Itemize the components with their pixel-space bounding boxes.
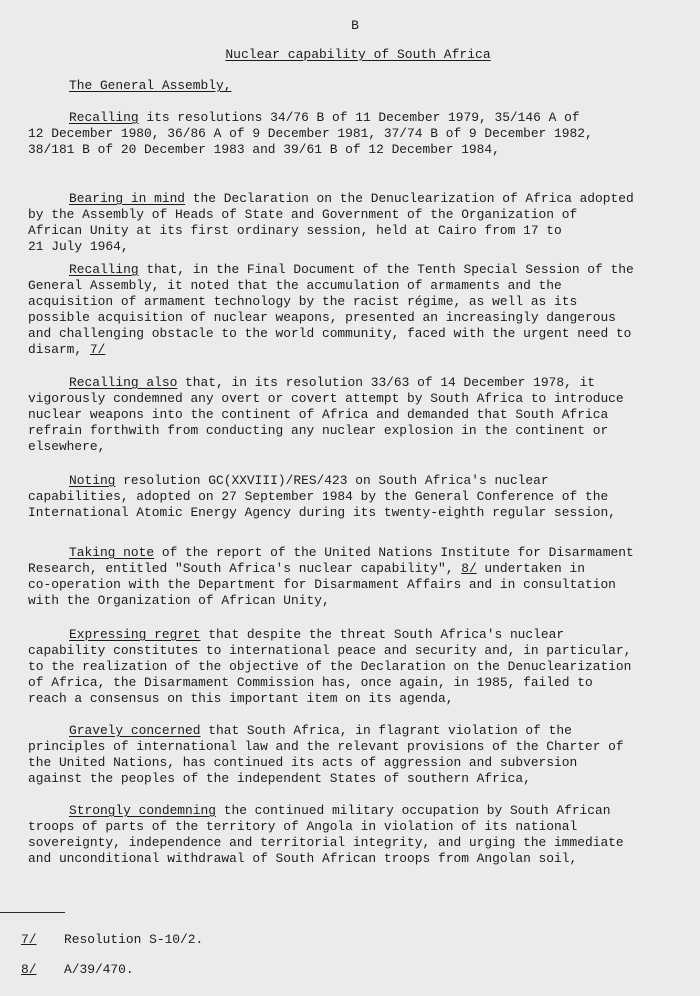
preamble-paragraph: Bearing in mind the Declaration on the D… [28, 191, 678, 255]
text-line: vigorously condemned any overt or covert… [28, 391, 678, 407]
text-line: the United Nations, has continued its ac… [28, 755, 678, 771]
resolution-title: Nuclear capability of South Africa [0, 47, 700, 62]
text-line: to the realization of the objective of t… [28, 659, 678, 675]
paragraph-lead-phrase: Strongly condemning [69, 803, 216, 818]
text-line: refrain forthwith from conducting any nu… [28, 423, 678, 439]
text-line: and unconditional withdrawal of South Af… [28, 851, 678, 867]
footnote-number: 8/ [21, 962, 64, 977]
text-line: principles of international law and the … [28, 739, 678, 755]
text-line: Research, entitled "South Africa's nucle… [28, 561, 678, 577]
text-line: possible acquisition of nuclear weapons,… [28, 310, 678, 326]
text-line: African Unity at its first ordinary sess… [28, 223, 678, 239]
footnote: 8/A/39/470. [21, 962, 134, 977]
text-line: by the Assembly of Heads of State and Go… [28, 207, 678, 223]
text-line: with the Organization of African Unity, [28, 593, 678, 609]
paragraph-lead-phrase: Expressing regret [69, 627, 201, 642]
footnote: 7/Resolution S-10/2. [21, 932, 203, 947]
preamble-paragraph: Expressing regret that despite the threa… [28, 627, 678, 707]
text-line: disarm, 7/ [28, 342, 678, 358]
text-line: Strongly condemning the continued milita… [28, 803, 678, 819]
footnote-reference[interactable]: 7/ [90, 342, 105, 357]
text-line: co-operation with the Department for Dis… [28, 577, 678, 593]
text-line: 38/181 B of 20 December 1983 and 39/61 B… [28, 142, 678, 158]
text-line: against the peoples of the independent S… [28, 771, 678, 787]
annex-letter: B [0, 18, 700, 33]
paragraph-lead-phrase: Recalling also [69, 375, 177, 390]
paragraph-lead-phrase: Recalling [69, 262, 139, 277]
text-line: Noting resolution GC(XXVIII)/RES/423 on … [28, 473, 678, 489]
text-line: Bearing in mind the Declaration on the D… [28, 191, 678, 207]
text-line: elsewhere, [28, 439, 678, 455]
text-line: Expressing regret that despite the threa… [28, 627, 678, 643]
preamble-subject: The General Assembly, [28, 78, 678, 94]
text-line: reach a consensus on this important item… [28, 691, 678, 707]
footnote-text: Resolution S-10/2. [64, 932, 203, 947]
text-line: and challenging obstacle to the world co… [28, 326, 678, 342]
text-line: Gravely concerned that South Africa, in … [28, 723, 678, 739]
text-line: Recalling its resolutions 34/76 B of 11 … [28, 110, 678, 126]
footnote-reference[interactable]: 8/ [461, 561, 476, 576]
footnote-text: A/39/470. [64, 962, 134, 977]
paragraph-lead-phrase: Recalling [69, 110, 139, 125]
text-line: acquisition of armament technology by th… [28, 294, 678, 310]
paragraph-lead-phrase: Bearing in mind [69, 191, 185, 206]
paragraph-lead-phrase: Taking note [69, 545, 154, 560]
preamble-paragraph: Taking note of the report of the United … [28, 545, 678, 609]
preamble-paragraph: Strongly condemning the continued milita… [28, 803, 678, 867]
footnote-divider [0, 912, 65, 913]
document-page: B Nuclear capability of South Africa The… [0, 0, 700, 996]
preamble-paragraph: Gravely concerned that South Africa, in … [28, 723, 678, 787]
text-line: Recalling that, in the Final Document of… [28, 262, 678, 278]
paragraph-lead-phrase: Noting [69, 473, 115, 488]
text-line: capability constitutes to international … [28, 643, 678, 659]
text-line: troops of parts of the territory of Ango… [28, 819, 678, 835]
preamble-paragraph: Recalling its resolutions 34/76 B of 11 … [28, 110, 678, 158]
text-line: 12 December 1980, 36/86 A of 9 December … [28, 126, 678, 142]
preamble-paragraph: Recalling that, in the Final Document of… [28, 262, 678, 359]
text-line: of Africa, the Disarmament Commission ha… [28, 675, 678, 691]
text-line: General Assembly, it noted that the accu… [28, 278, 678, 294]
text-line: 21 July 1964, [28, 239, 678, 255]
text-line: sovereignty, independence and territoria… [28, 835, 678, 851]
paragraph-lead-phrase: Gravely concerned [69, 723, 201, 738]
text-line: Recalling also that, in its resolution 3… [28, 375, 678, 391]
preamble-paragraph: Recalling also that, in its resolution 3… [28, 375, 678, 455]
footnote-number: 7/ [21, 932, 64, 947]
preamble-paragraph: Noting resolution GC(XXVIII)/RES/423 on … [28, 473, 678, 521]
text-line: capabilities, adopted on 27 September 19… [28, 489, 678, 505]
text-line: nuclear weapons into the continent of Af… [28, 407, 678, 423]
text-line: Taking note of the report of the United … [28, 545, 678, 561]
text-line: International Atomic Energy Agency durin… [28, 505, 678, 521]
